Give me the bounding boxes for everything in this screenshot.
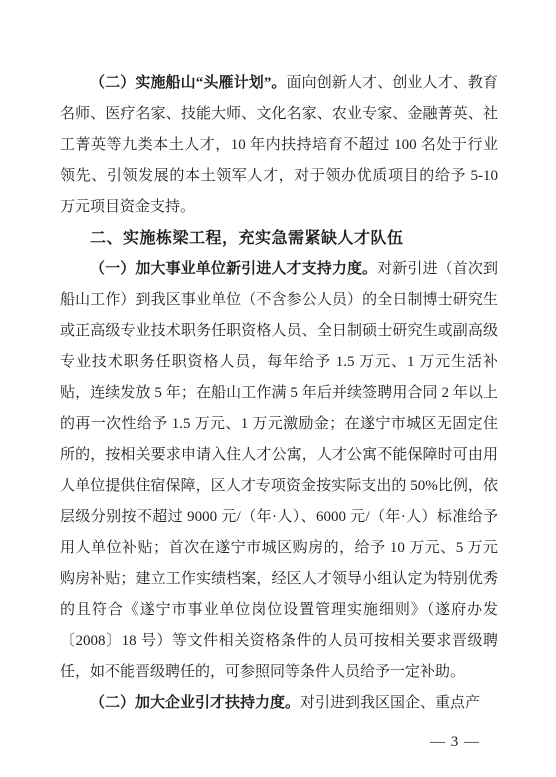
intro-paragraph: （二）实施船山“头雁计划”。面向创新人才、创业人才、教育名师、医疗名家、技能大师… xyxy=(60,68,498,223)
intro-paragraph-lead: （二）实施船山“头雁计划”。 xyxy=(90,75,287,91)
item1-paragraph-lead: （一）加大事业单位新引进人才支持力度。 xyxy=(90,261,377,277)
item1-paragraph: （一）加大事业单位新引进人才支持力度。对新引进（首次到船山工作）到我区事业单位（… xyxy=(60,254,498,688)
section-heading: 二、实施栋梁工程，充实急需紧缺人才队伍 xyxy=(60,223,498,254)
item1-paragraph-text: 对新引进（首次到船山工作）到我区事业单位（不含参公人员）的全日制博士研究生或正高… xyxy=(60,261,498,680)
intro-paragraph-text: 面向创新人才、创业人才、教育名师、医疗名家、技能大师、文化名家、农业专家、金融菁… xyxy=(60,75,498,215)
item2-paragraph: （二）加大企业引才扶持力度。对引进到我区国企、重点产 xyxy=(60,688,498,719)
page-number: — 3 — xyxy=(430,732,480,752)
item2-paragraph-lead: （二）加大企业引才扶持力度。 xyxy=(90,695,300,711)
item2-paragraph-text: 对引进到我区国企、重点产 xyxy=(300,695,480,711)
document-page: （二）实施船山“头雁计划”。面向创新人才、创业人才、教育名师、医疗名家、技能大师… xyxy=(0,0,556,777)
document-body: （二）实施船山“头雁计划”。面向创新人才、创业人才、教育名师、医疗名家、技能大师… xyxy=(60,68,498,719)
